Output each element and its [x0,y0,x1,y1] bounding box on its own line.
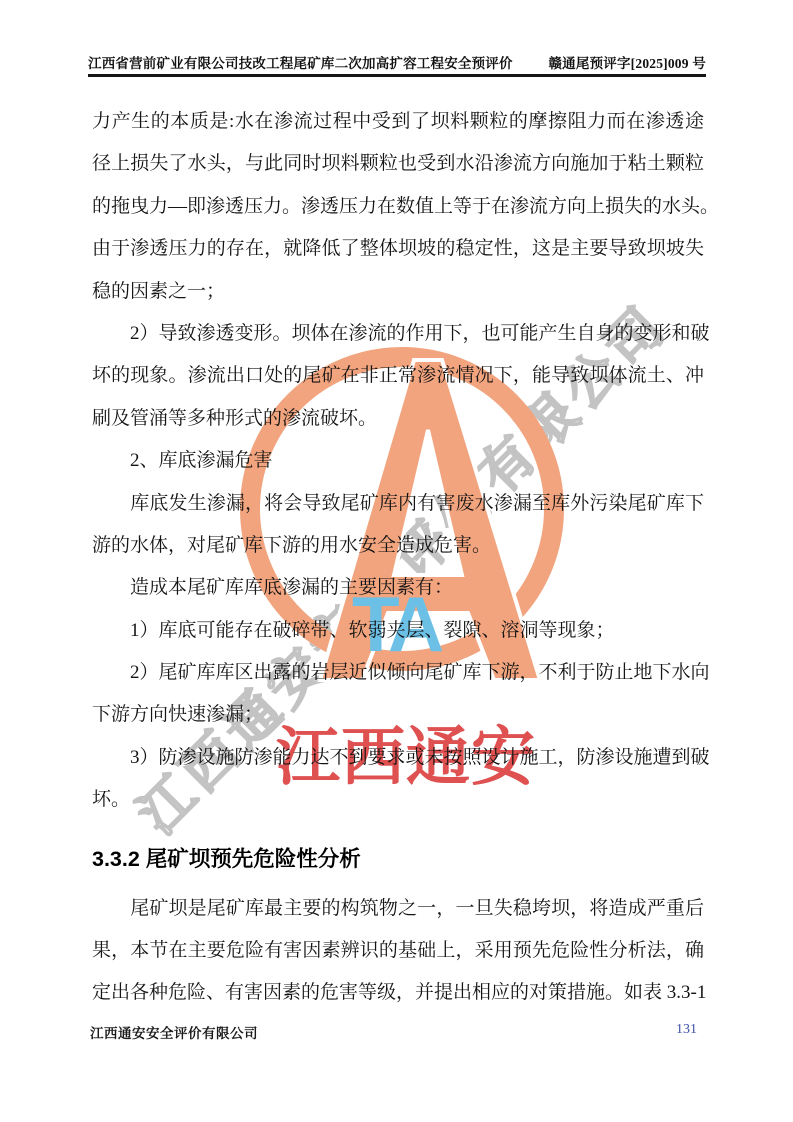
section-heading: 3.3.2 尾矿坝预先危险性分析 [92,822,704,888]
text-line: 稳的因素之一； [92,271,704,313]
text-line: 坏的现象。渗流出口处的尾矿在非正常渗流情况下，能导致坝体流土、冲 [92,355,704,397]
text-line: 尾矿坝是尾矿库最主要的构筑物之一，一旦失稳垮坝，将造成严重后 [92,888,704,930]
text-line: 库底发生渗漏，将会导致尾矿库内有害废水渗漏至库外污染尾矿库下 [92,483,704,525]
text-line: 游的水体，对尾矿库下游的用水安全造成危害。 [92,525,704,567]
text-line: 2）导致渗透变形。坝体在渗流的作用下，也可能产生自身的变形和破 [92,313,704,355]
text-line: 力产生的本质是:水在渗流过程中受到了坝料颗粒的摩擦阻力而在渗透途 [92,101,704,143]
text-line: 2）尾矿库库区出露的岩层近似倾向尾矿库下游，不利于防止地下水向 [92,652,704,694]
document-page: 江西通安安全评价有限公司 TA 江西通安 江西省营前矿业有限公司技改工程尾矿库二… [0,0,793,1122]
text-line: 刷及管涌等多种形式的渗流破坏。 [92,398,704,440]
text-line: 下游方向快速渗漏； [92,694,704,736]
header-rule [88,74,706,77]
text-line: 的拖曳力—即渗透压力。渗透压力在数值上等于在渗流方向上损失的水头。 [92,186,704,228]
footer-company-name: 江西通安安全评价有限公司 [90,1022,258,1042]
page-header: 江西省营前矿业有限公司技改工程尾矿库二次加高扩容工程安全预评价 赣通尾预评字[2… [88,52,706,72]
text-line: 果，本节在主要危险有害因素辨识的基础上，采用预先危险性分析法，确 [92,930,704,972]
document-body: 力产生的本质是:水在渗流过程中受到了坝料颗粒的摩擦阻力而在渗透途径上损失了水头，… [92,101,704,1015]
header-doc-number: 赣通尾预评字[2025]009 号 [548,52,706,72]
text-line: 3）防渗设施防渗能力达不到要求或未按照设计施工，防渗设施遭到破 [92,737,704,779]
text-line: 造成本尾矿库库底渗漏的主要因素有： [92,567,704,609]
header-title: 江西省营前矿业有限公司技改工程尾矿库二次加高扩容工程安全预评价 [88,52,513,72]
text-line: 坏。 [92,779,704,821]
text-line: 2、库底渗漏危害 [92,440,704,482]
footer-page-number: 131 [676,1022,697,1038]
text-line: 由于渗透压力的存在，就降低了整体坝坡的稳定性，这是主要导致坝坡失 [92,228,704,270]
text-line: 径上损失了水头，与此同时坝料颗粒也受到水沿渗流方向施加于粘土颗粒 [92,143,704,185]
text-line: 定出各种危险、有害因素的危害等级，并提出相应的对策措施。如表 3.3-1 [92,972,704,1014]
text-line: 1）库底可能存在破碎带、软弱夹层、裂隙、溶洞等现象； [92,610,704,652]
